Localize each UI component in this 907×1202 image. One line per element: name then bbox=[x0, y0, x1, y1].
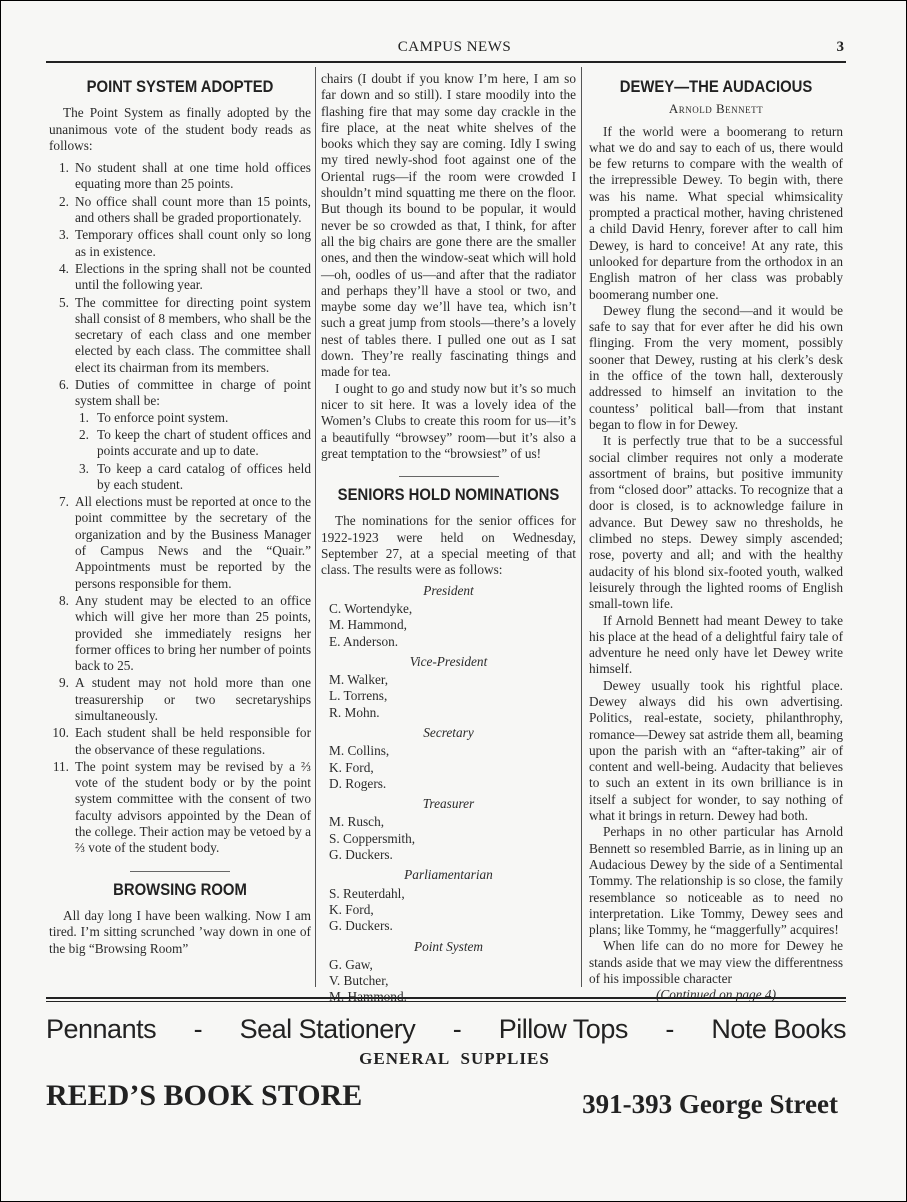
duty-item: 3.To keep a card catalog of offices held… bbox=[49, 461, 311, 494]
nomination-group: President C. Wortendyke, M. Hammond, E. … bbox=[321, 583, 576, 650]
dewey-paragraph: If Arnold Bennett had meant Dewey to tak… bbox=[589, 613, 843, 678]
rule-item: 6.Duties of committee in charge of point… bbox=[49, 377, 311, 493]
dewey-paragraph: When life can do no more for Dewey he st… bbox=[589, 938, 843, 987]
point-system-intro: The Point System as finally adopted by t… bbox=[49, 105, 311, 154]
rule-item: 10.Each student shall be held responsibl… bbox=[49, 725, 311, 758]
nomination-group: Treasurer M. Rusch, S. Coppersmith, G. D… bbox=[321, 796, 576, 863]
office-label: Secretary bbox=[321, 725, 576, 741]
office-label: Point System bbox=[321, 939, 576, 955]
dewey-paragraph: If the world were a boomerang to return … bbox=[589, 124, 843, 303]
office-label: Parliamentarian bbox=[321, 867, 576, 883]
column-3: DEWEY—THE AUDACIOUS Arnold Bennett If th… bbox=[589, 71, 843, 1004]
rule-item: 9.A student may not hold more than one t… bbox=[49, 675, 311, 724]
ad-item: Pillow Tops bbox=[499, 1014, 628, 1045]
nominee: C. Wortendyke, bbox=[329, 601, 576, 617]
rule-item: 2.No office shall count more than 15 poi… bbox=[49, 194, 311, 227]
ad-address: 391-393 George Street bbox=[582, 1089, 838, 1120]
nominee: G. Gaw, bbox=[329, 957, 576, 973]
section-separator bbox=[399, 476, 499, 477]
rule-item: 1.No student shall at one time hold offi… bbox=[49, 160, 311, 193]
nominee: D. Rogers. bbox=[329, 776, 576, 792]
dewey-paragraph: Dewey flung the second—and it would be s… bbox=[589, 303, 843, 433]
dewey-paragraph: It is perfectly true that to be a succes… bbox=[589, 433, 843, 612]
article-title-browsing-room: BROWSING ROOM bbox=[62, 882, 298, 898]
nominee: M. Walker, bbox=[329, 672, 576, 688]
nominee: G. Duckers. bbox=[329, 847, 576, 863]
nominee: M. Hammond, bbox=[329, 617, 576, 633]
ad-separator: - bbox=[194, 1014, 203, 1045]
column-1: POINT SYSTEM ADOPTED The Point System as… bbox=[49, 71, 311, 957]
nominee: R. Mohn. bbox=[329, 705, 576, 721]
nominee: V. Butcher, bbox=[329, 973, 576, 989]
browsing-room-text-start: All day long I have been walking. Now I … bbox=[49, 908, 311, 957]
ad-item: Pennants bbox=[46, 1014, 156, 1045]
nominee: G. Duckers. bbox=[329, 918, 576, 934]
office-label: President bbox=[321, 583, 576, 599]
column-divider bbox=[581, 67, 582, 987]
header-rule bbox=[46, 61, 846, 63]
dewey-paragraph: Dewey usually took his rightful place. D… bbox=[589, 678, 843, 825]
section-separator bbox=[130, 871, 230, 872]
rule-item: 11.The point system may be revised by a … bbox=[49, 759, 311, 857]
nomination-group: Point System G. Gaw, V. Butcher, M. Hamm… bbox=[321, 939, 576, 1006]
nominee: M. Collins, bbox=[329, 743, 576, 759]
ad-separator: - bbox=[453, 1014, 462, 1045]
ad-subtitle: GENERAL SUPPLIES bbox=[1, 1049, 907, 1069]
nominations-intro: The nominations for the senior offices f… bbox=[321, 513, 576, 578]
point-system-rules: 1.No student shall at one time hold offi… bbox=[49, 160, 311, 856]
ad-separator: - bbox=[665, 1014, 674, 1045]
duty-item: 2.To keep the chart of student offices a… bbox=[49, 427, 311, 460]
article-title-dewey: DEWEY—THE AUDACIOUS bbox=[602, 79, 831, 95]
nominee: S. Coppersmith, bbox=[329, 831, 576, 847]
article-title-nominations: SENIORS HOLD NOMINATIONS bbox=[334, 487, 564, 503]
nomination-group: Vice-President M. Walker, L. Torrens, R.… bbox=[321, 654, 576, 721]
nominee: E. Anderson. bbox=[329, 634, 576, 650]
nomination-group: Secretary M. Collins, K. Ford, D. Rogers… bbox=[321, 725, 576, 792]
duty-item: 1.To enforce point system. bbox=[49, 410, 311, 426]
column-divider bbox=[315, 67, 316, 987]
byline: Arnold Bennett bbox=[589, 101, 843, 117]
rule-item: 3.Temporary offices shall count only so … bbox=[49, 227, 311, 260]
page-number: 3 bbox=[837, 39, 845, 56]
ad-product-line: Pennants - Seal Stationery - Pillow Tops… bbox=[46, 1014, 846, 1045]
rule-item: 8.Any student may be elected to an offic… bbox=[49, 593, 311, 674]
column-2: chairs (I doubt if you know I’m here, I … bbox=[321, 71, 576, 1006]
running-title: CAMPUS NEWS bbox=[1, 39, 907, 56]
nominee: K. Ford, bbox=[329, 902, 576, 918]
office-label: Vice-President bbox=[321, 654, 576, 670]
article-title-point-system: POINT SYSTEM ADOPTED bbox=[62, 79, 298, 95]
browsing-room-text-cont: chairs (I doubt if you know I’m here, I … bbox=[321, 71, 576, 381]
ad-rule-thin bbox=[46, 1001, 846, 1002]
nominee: S. Reuterdahl, bbox=[329, 886, 576, 902]
dewey-paragraph: Perhaps in no other particular has Arnol… bbox=[589, 824, 843, 938]
rule-item: 5.The committee for directing point syst… bbox=[49, 295, 311, 376]
ad-rule-thick bbox=[46, 997, 846, 999]
nominee: L. Torrens, bbox=[329, 688, 576, 704]
nominee: K. Ford, bbox=[329, 760, 576, 776]
rule-item: 7.All elections must be reported at once… bbox=[49, 494, 311, 592]
newspaper-page: CAMPUS NEWS 3 POINT SYSTEM ADOPTED The P… bbox=[0, 0, 907, 1202]
ad-item: Note Books bbox=[711, 1014, 846, 1045]
ad-store-name: REED’S BOOK STORE bbox=[46, 1079, 362, 1113]
browsing-room-text-para2: I ought to go and study now but it’s so … bbox=[321, 381, 576, 462]
office-label: Treasurer bbox=[321, 796, 576, 812]
nomination-group: Parliamentarian S. Reuterdahl, K. Ford, … bbox=[321, 867, 576, 934]
rule-item: 4.Elections in the spring shall not be c… bbox=[49, 261, 311, 294]
committee-duties: 1.To enforce point system. 2.To keep the… bbox=[49, 410, 311, 493]
ad-item: Seal Stationery bbox=[240, 1014, 416, 1045]
nominee: M. Rusch, bbox=[329, 814, 576, 830]
